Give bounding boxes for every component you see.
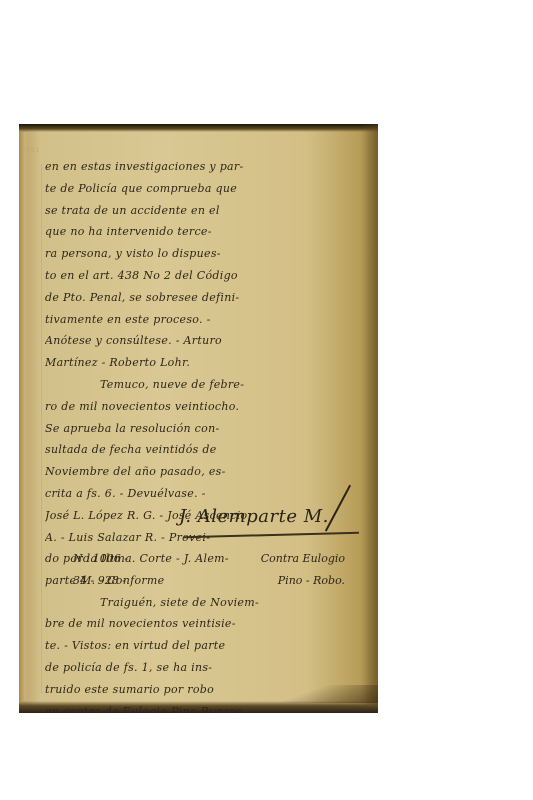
handwritten-line: tivamente en este proceso. - (45, 309, 355, 331)
handwritten-line: que no ha intervenido terce- (45, 221, 355, 243)
handwritten-line: ro de mil novecientos veintiocho. (45, 396, 355, 418)
case-reference: 34 - 928 - (45, 570, 126, 592)
handwritten-line: te. - Vistos: en virtud del parte (45, 635, 355, 657)
signature: J. Alemparte M. (179, 506, 329, 527)
case-parties: Contra Eulogio (261, 548, 355, 570)
handwritten-line: en en estas investigaciones y par- (45, 156, 355, 178)
case-subject: Pino - Robo. (278, 570, 355, 592)
page-binding-edge (19, 132, 29, 701)
handwritten-line: de policía de fs. 1, se ha ins- (45, 657, 355, 679)
margin-rule (41, 164, 42, 693)
handwritten-line: Temuco, nueve de febre- (45, 374, 355, 396)
handwritten-line: en contra de Eulogio Pino Burgos. (45, 701, 355, 713)
handwritten-line: te de Policía que comprueba que (45, 178, 355, 200)
entry-3-header-row-1: No 1006 - Contra Eulogio (45, 548, 355, 570)
handwritten-line: to en el art. 438 No 2 del Código (45, 265, 355, 287)
handwritten-line: bre de mil novecientos veintisie- (45, 613, 355, 635)
handwritten-line: sultada de fecha veintidós de (45, 439, 355, 461)
page-top-edge-shadow (19, 124, 378, 132)
handwritten-line: se trata de un accidente en el (45, 200, 355, 222)
handwritten-line: de Pto. Penal, se sobresee defini- (45, 287, 355, 309)
handwritten-line: Se aprueba la resolución con- (45, 418, 355, 440)
document-scan: 0991 en en estas investigaciones y par- … (19, 124, 378, 713)
entry-3-header-row-2: 34 - 928 - Pino - Robo. (45, 570, 355, 592)
handwritten-line: Traiguén, siete de Noviem- (45, 592, 355, 614)
handwritten-line: Martínez - Roberto Lohr. (45, 352, 355, 374)
handwritten-line: ra persona, y visto lo dispues- (45, 243, 355, 265)
handwritten-line: Anótese y consúltese. - Arturo (45, 330, 355, 352)
handwritten-line: crita a fs. 6. - Devuélvase. - (45, 483, 355, 505)
handwritten-line: truido este sumario por robo (45, 679, 355, 701)
case-number: No 1006 - (45, 548, 128, 570)
entry-3: No 1006 - Contra Eulogio 34 - 928 - Pino… (45, 548, 355, 713)
handwritten-line: A. - Luis Salazar R. - Provei- (45, 527, 355, 549)
handwritten-line: Noviembre del año pasado, es- (45, 461, 355, 483)
page-number-stamp: 0991 (21, 146, 40, 154)
page-right-shadow (360, 124, 378, 713)
